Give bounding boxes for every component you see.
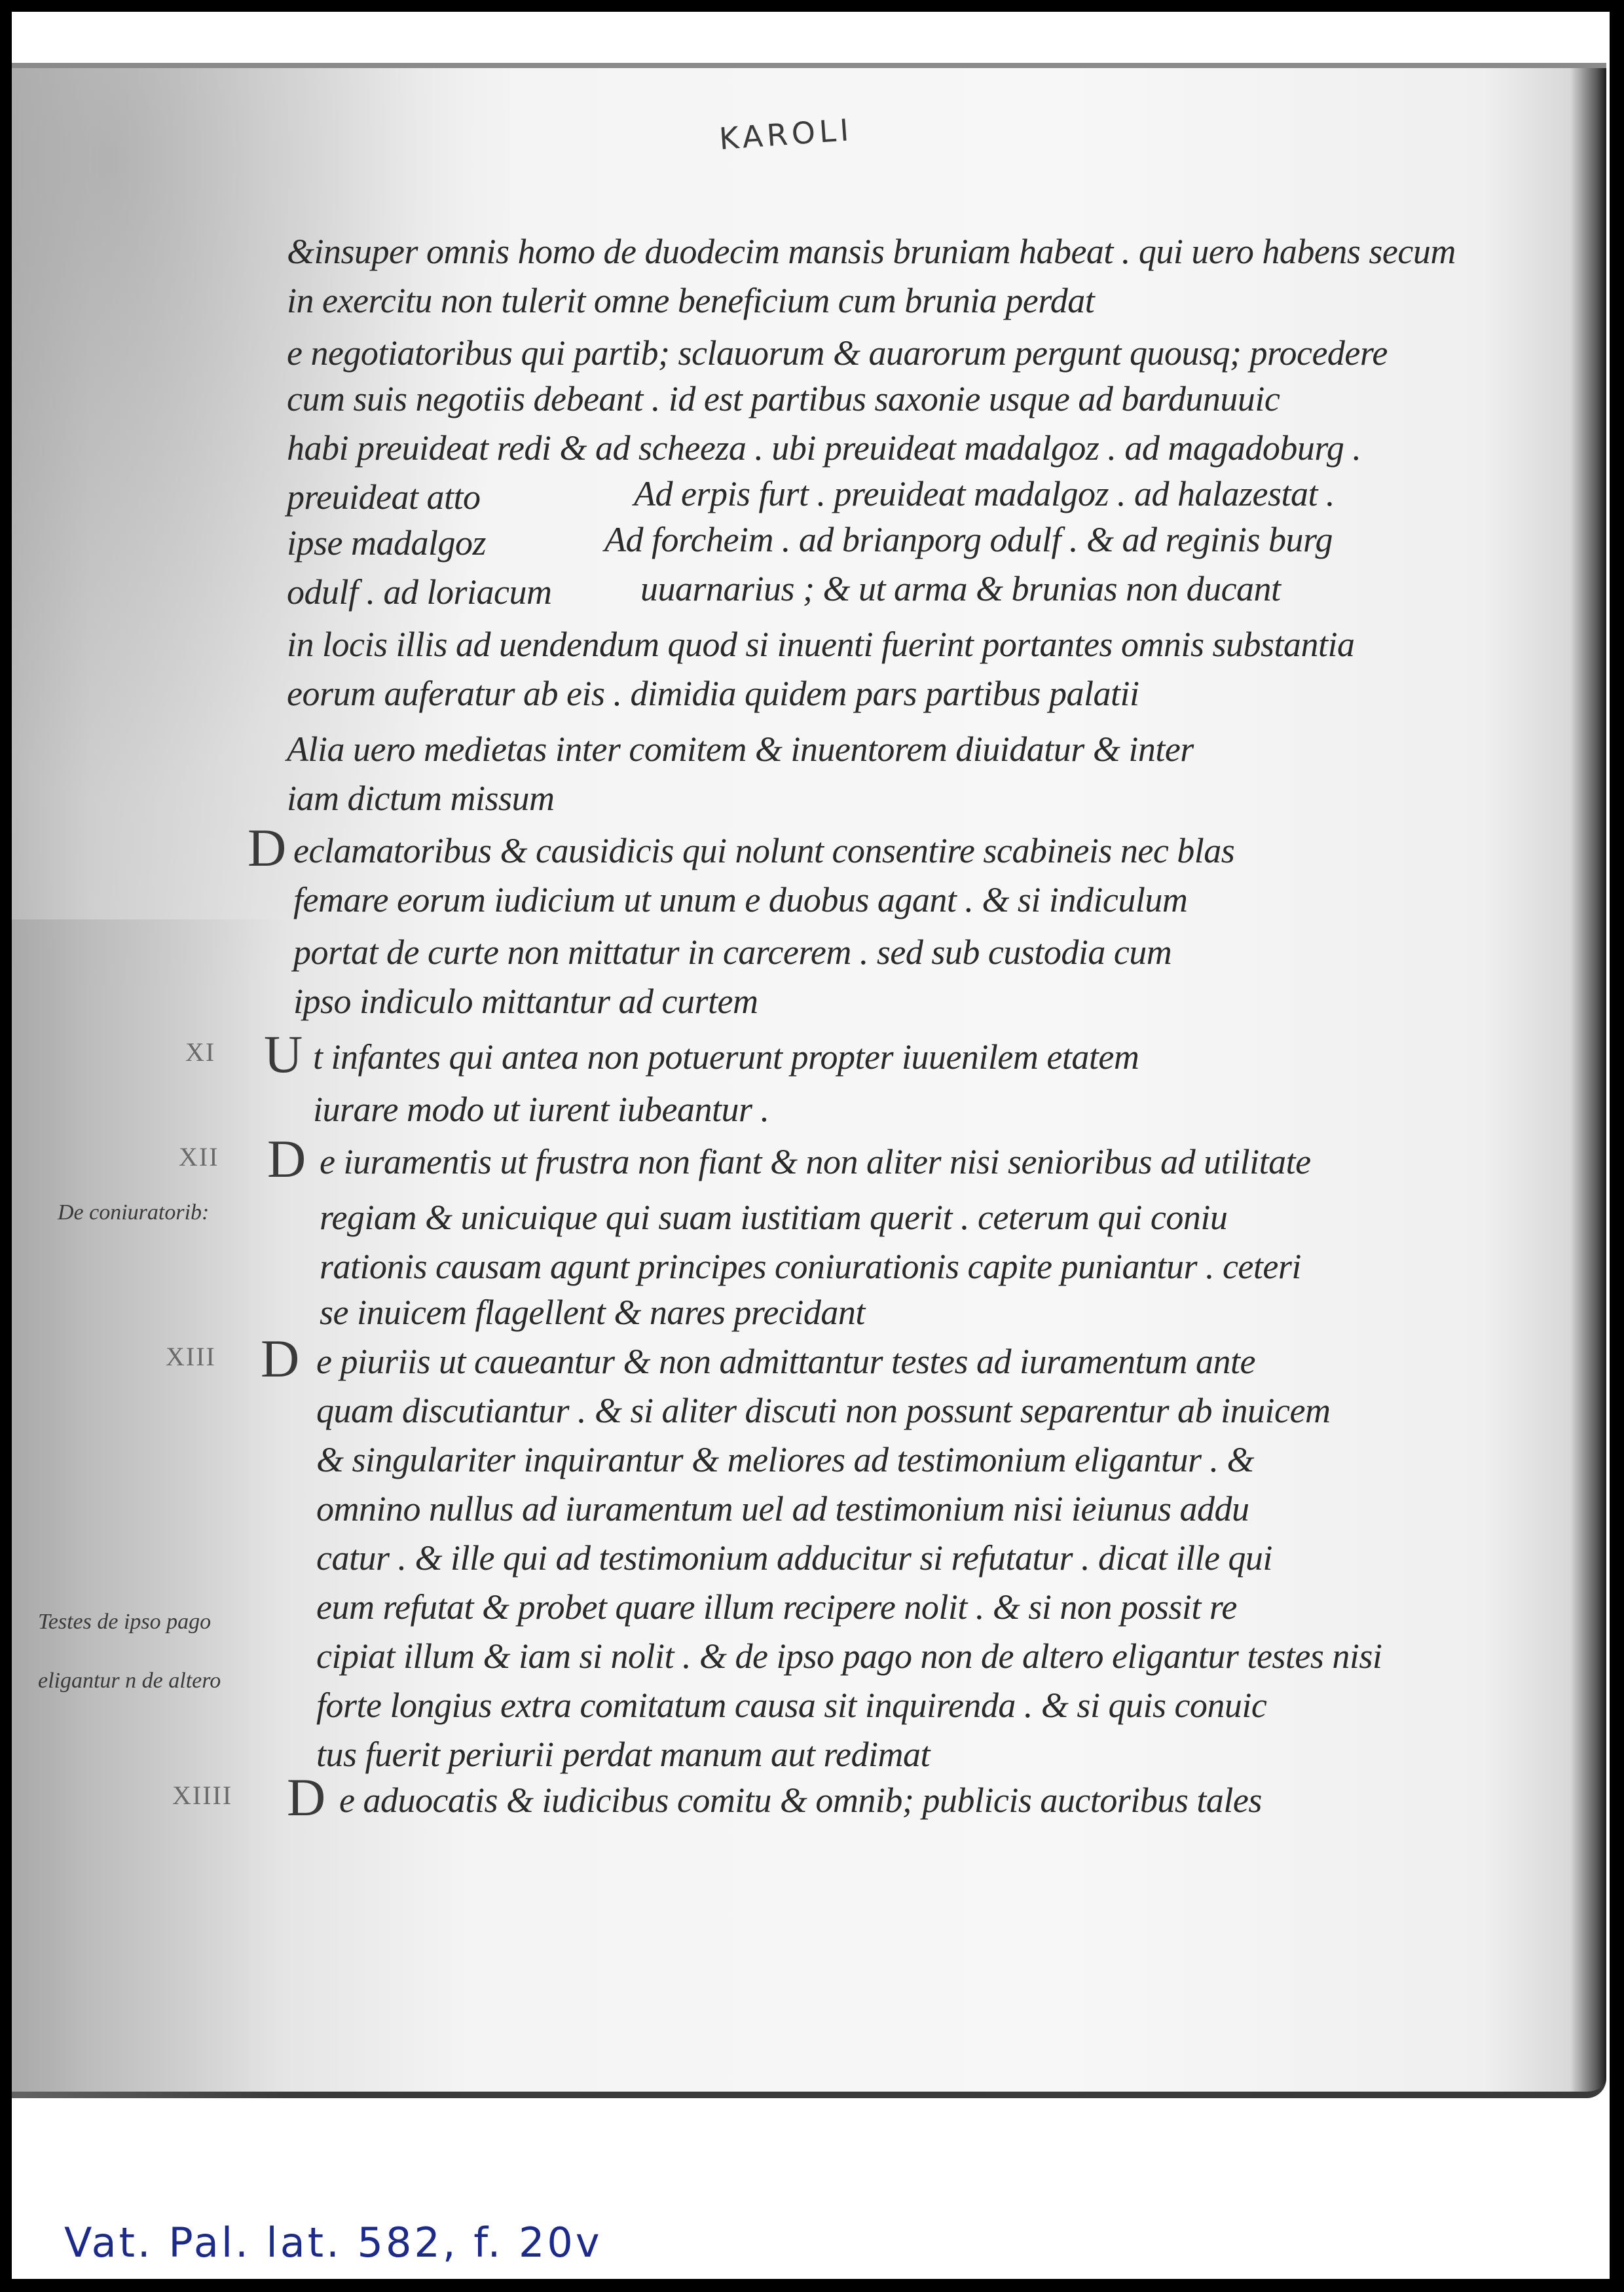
text-line: habi preuideat redi & ad scheeza . ubi p… (287, 428, 1361, 468)
chapter-initial: U (264, 1024, 303, 1085)
chapter-number: XIII (166, 1341, 216, 1372)
text-line: rationis causam agunt principes coniurat… (320, 1246, 1301, 1287)
text-line: ipso indiculo mittantur ad curtem (293, 981, 758, 1022)
chapter-initial: D (248, 817, 286, 879)
text-line: eum refutat & probet quare illum reciper… (316, 1587, 1237, 1627)
text-line: eclamatoribus & causidicis qui nolunt co… (293, 830, 1234, 871)
chapter-number: XII (179, 1141, 219, 1172)
text-line: catur . & ille qui ad testimonium adduci… (316, 1538, 1272, 1578)
chapter-number: XIIII (172, 1780, 232, 1811)
text-line: t infantes qui antea non potuerunt propt… (313, 1037, 1139, 1077)
text-line: & singulariter inquirantur & meliores ad… (316, 1439, 1254, 1480)
text-line: ipse madalgoz (287, 523, 486, 563)
margin-gloss: Testes de ipso pago (38, 1610, 211, 1635)
text-line: odulf . ad loriacum (287, 572, 552, 612)
text-line: e negotiatoribus qui partib; sclauorum &… (287, 333, 1388, 373)
text-line: eorum auferatur ab eis . dimidia quidem … (287, 673, 1139, 714)
text-line: iurare modo ut iurent iubeantur . (313, 1089, 769, 1130)
text-line: femare eorum iudicium ut unum e duobus a… (293, 879, 1187, 920)
text-line: Ad forcheim . ad brianporg odulf . & ad … (604, 519, 1333, 560)
text-line: e piuriis ut caueantur & non admittantur… (316, 1341, 1255, 1382)
text-line: se inuicem flagellent & nares precidant (320, 1292, 865, 1333)
text-line: tus fuerit periurii perdat manum aut red… (316, 1734, 930, 1775)
text-line: preuideat atto (287, 477, 480, 517)
chapter-initial: D (267, 1128, 306, 1190)
text-line: &insuper omnis homo de duodecim mansis b… (287, 231, 1456, 272)
photograph-frame: KAROLI &insuper omnis homo de duodecim m… (12, 12, 1610, 2279)
margin-gloss: eligantur n de altero (38, 1669, 221, 1693)
chapter-initial: D (261, 1328, 299, 1390)
text-line: forte longius extra comitatum causa sit … (316, 1685, 1266, 1726)
text-line: quam discutiantur . & si aliter discuti … (316, 1390, 1330, 1431)
text-line: cum suis negotiis debeant . id est parti… (287, 379, 1280, 419)
gutter-shadow (12, 919, 287, 2098)
bottom-border (0, 2279, 1624, 2292)
text-line: iam dictum missum (287, 778, 555, 819)
text-line: omnino nullus ad iuramentum uel ad testi… (316, 1488, 1249, 1529)
shelfmark-caption: Vat. Pal. lat. 582, f. 20v (64, 2219, 602, 2266)
text-line: e aduocatis & iudicibus comitu & omnib; … (339, 1780, 1262, 1821)
text-line: e iuramentis ut frustra non fiant & non … (320, 1141, 1311, 1182)
margin-gloss: De coniuratorib: (58, 1200, 209, 1225)
text-line: portat de curte non mittatur in carcerem… (293, 932, 1172, 972)
chapter-number: XI (185, 1037, 215, 1067)
text-line: Alia uero medietas inter comitem & inuen… (287, 729, 1194, 769)
text-line: in exercitu non tulerit omne beneficium … (287, 280, 1094, 321)
chapter-initial: D (287, 1767, 325, 1828)
text-line: Ad erpis furt . preuideat madalgoz . ad … (634, 473, 1335, 514)
text-line: regiam & unicuique qui suam iustitiam qu… (320, 1197, 1227, 1238)
text-line: cipiat illum & iam si nolit . & de ipso … (316, 1636, 1382, 1676)
text-line: uuarnarius ; & ut arma & brunias non duc… (640, 568, 1281, 609)
text-line: in locis illis ad uendendum quod si inue… (287, 624, 1355, 665)
